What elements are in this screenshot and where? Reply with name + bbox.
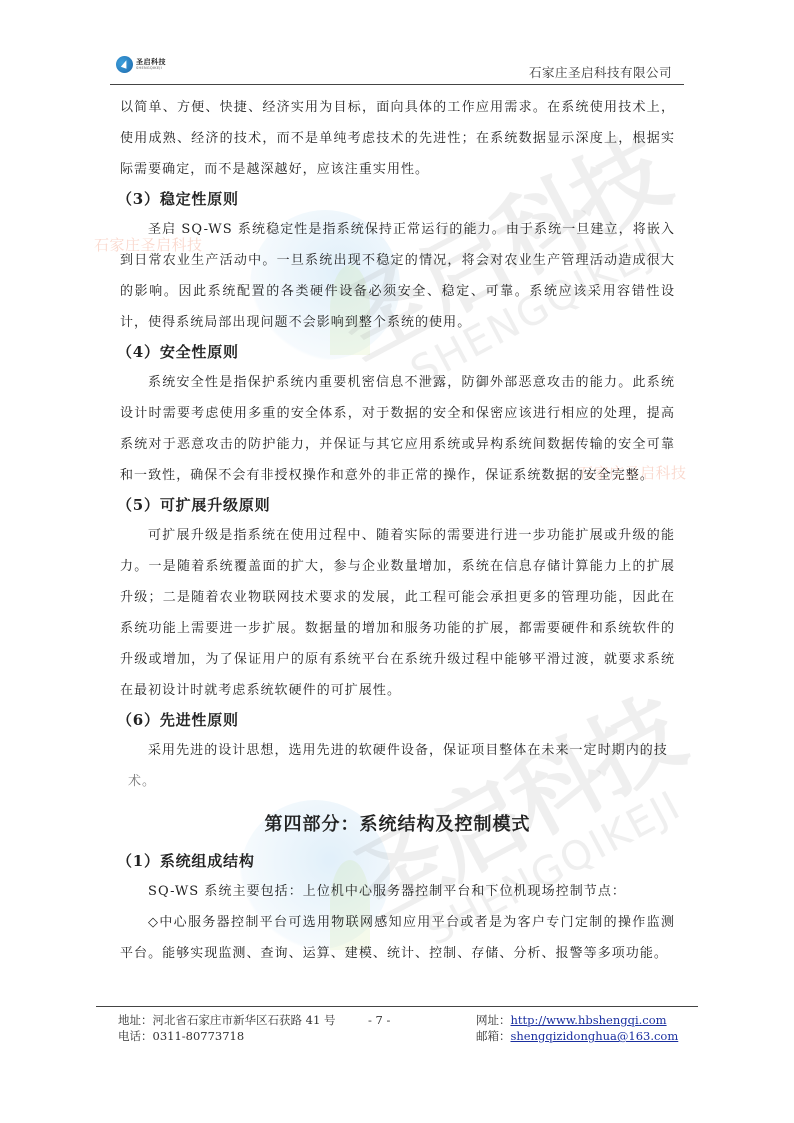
document-body: 以简单、方便、快捷、经济实用为目标，面向具体的工作应用需求。在系统使用技术上，使… <box>120 92 675 969</box>
section-heading-scalability: （5）可扩展升级原则 <box>117 491 675 520</box>
paragraph-scalability: 可扩展升级是指系统在使用过程中、随着实际的需要进行进一步功能扩展或升级的能力。一… <box>120 520 675 706</box>
section-heading-stability: （3）稳定性原则 <box>117 185 675 214</box>
page-number: - 7 - <box>368 1012 390 1028</box>
footer-email: 邮箱：shengqizidonghua@163.com <box>476 1028 678 1044</box>
logo-english-name: SHENGQIKEJI <box>136 67 166 71</box>
logo-chinese-name: 圣启科技 <box>136 59 166 66</box>
paragraph-server-platform: ◇中心服务器控制平台可选用物联网感知应用平台或者是为客户专门定制的操作监测平台。… <box>120 907 675 969</box>
footer-phone: 电话：0311-80773718 <box>118 1028 244 1044</box>
logo-swoosh-icon <box>116 56 133 73</box>
header-company-name: 石家庄圣启科技有限公司 <box>529 63 672 81</box>
footer-website: 网址：http://www.hbshengqi.com <box>476 1012 667 1028</box>
company-logo: 圣启科技 SHENGQIKEJI <box>116 56 166 73</box>
email-link[interactable]: shengqizidonghua@163.com <box>511 1029 679 1043</box>
section-heading-system-structure: （1）系统组成结构 <box>117 847 675 876</box>
document-page: 圣启科技 SHENGQIKEJI 石家庄圣启科技有限公司 圣启科技 SHENGQ… <box>0 0 794 1123</box>
page-footer: 地址：河北省石家庄市新华区石获路 41 号 - 7 - 网址：http://ww… <box>96 1006 698 1044</box>
website-link[interactable]: http://www.hbshengqi.com <box>511 1013 667 1027</box>
page-header: 圣启科技 SHENGQIKEJI 石家庄圣启科技有限公司 <box>110 54 684 85</box>
paragraph-advanced: 采用先进的设计思想，选用先进的软硬件设备，保证项目整体在未来一定时期内的技 <box>120 735 675 766</box>
paragraph-stability: 圣启 SQ-WS 系统稳定性是指系统保持正常运行的能力。由于系统一旦建立，将嵌入… <box>120 214 675 338</box>
section-heading-advanced: （6）先进性原则 <box>117 706 675 735</box>
chapter-title: 第四部分：系统结构及控制模式 <box>120 807 675 843</box>
paragraph-system-components: SQ-WS 系统主要包括：上位机中心服务器控制平台和下位机现场控制节点： <box>120 876 675 907</box>
paragraph-advanced-trailing: 术。 <box>120 766 675 797</box>
intro-paragraph: 以简单、方便、快捷、经济实用为目标，面向具体的工作应用需求。在系统使用技术上，使… <box>120 92 675 185</box>
footer-address: 地址：河北省石家庄市新华区石获路 41 号 <box>118 1012 335 1028</box>
paragraph-security: 系统安全性是指保护系统内重要机密信息不泄露，防御外部恶意攻击的能力。此系统设计时… <box>120 367 675 491</box>
section-heading-security: （4）安全性原则 <box>117 338 675 367</box>
